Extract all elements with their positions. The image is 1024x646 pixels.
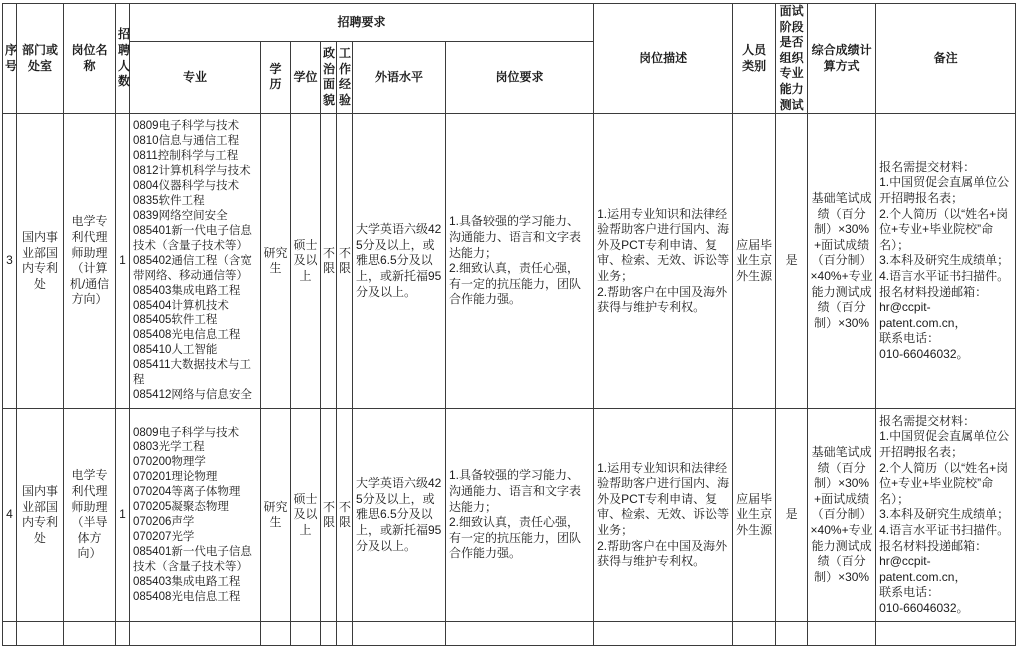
cell-remarks: 报名需提交材料： 1.中国贸促会直属单位公开招聘报名表； 2.个人简历（以“姓名… bbox=[876, 409, 1016, 622]
empty-cell bbox=[594, 622, 733, 628]
cell-job-requirements: 1.具备较强的学习能力、沟通能力、语言和文字表达能力； 2.细致认真，责任心强，… bbox=[446, 114, 594, 409]
col-header-job-requirements: 岗位要求 bbox=[446, 41, 594, 113]
cell-degree: 硕士及以上 bbox=[291, 409, 321, 622]
cell-degree: 硕士及以上 bbox=[291, 114, 321, 409]
header-row-group: 序号 部门或 处室 岗位名 称 招聘人数 招聘要求 岗位描述 人员 类别 面试阶… bbox=[3, 4, 1016, 42]
cell-category: 应届毕业生京外生源 bbox=[733, 114, 776, 409]
col-header-dept: 部门或 处室 bbox=[17, 4, 64, 114]
empty-cell bbox=[116, 622, 130, 628]
cell-education: 研究生 bbox=[261, 409, 291, 622]
col-header-education: 学 历 bbox=[261, 41, 291, 113]
cell-seq: 3 bbox=[3, 114, 17, 409]
empty-cell bbox=[733, 622, 776, 628]
empty-cell bbox=[261, 622, 291, 628]
cell-job-description: 1.运用专业知识和法律经验帮助客户进行国内、海外及PCT专利申请、复审、检索、无… bbox=[594, 114, 733, 409]
cell-count: 1 bbox=[116, 114, 130, 409]
empty-cell bbox=[17, 622, 64, 628]
cell-score-method: 基础笔试成绩（百分制）×30%+面试成绩（百分制）×40%+专业能力测试成绩（百… bbox=[808, 114, 876, 409]
col-header-score-method: 综合成绩计 算方式 bbox=[808, 4, 876, 114]
empty-cell bbox=[353, 622, 446, 628]
cell-title: 电学专利代理师助理（计算机/通信方向） bbox=[64, 114, 116, 409]
cell-political: 不限 bbox=[321, 114, 337, 409]
col-header-ability-test: 面试阶段是否组织专业能力测试 bbox=[776, 4, 808, 114]
cell-job-requirements: 1.具备较强的学习能力、沟通能力、语言和文字表达能力； 2.细致认真，责任心强，… bbox=[446, 409, 594, 622]
partial-next-row bbox=[3, 622, 1016, 628]
empty-cell bbox=[64, 622, 116, 628]
col-header-remarks: 备注 bbox=[876, 4, 1016, 114]
col-header-job-description: 岗位描述 bbox=[594, 4, 733, 114]
cell-remarks: 报名需提交材料： 1.中国贸促会直属单位公开招聘报名表； 2.个人简历（以“姓名… bbox=[876, 114, 1016, 409]
cell-title: 电学专利代理师助理（半导体方向） bbox=[64, 409, 116, 622]
col-header-category: 人员 类别 bbox=[733, 4, 776, 114]
empty-cell bbox=[776, 622, 808, 628]
cell-education: 研究生 bbox=[261, 114, 291, 409]
col-header-requirements-group: 招聘要求 bbox=[130, 4, 594, 42]
col-header-title: 岗位名 称 bbox=[64, 4, 116, 114]
col-header-experience: 工作经验 bbox=[337, 41, 353, 113]
cell-category: 应届毕业生京外生源 bbox=[733, 409, 776, 622]
recruitment-table: 序号 部门或 处室 岗位名 称 招聘人数 招聘要求 岗位描述 人员 类别 面试阶… bbox=[2, 3, 1016, 628]
cell-political: 不限 bbox=[321, 409, 337, 622]
empty-cell bbox=[3, 622, 17, 628]
job-row: 3 国内事业部国内专利处 电学专利代理师助理（计算机/通信方向） 1 0809电… bbox=[3, 114, 1016, 409]
cell-language: 大学英语六级425分及以上，或雅思6.5分及以上，或新托福95分及以上。 bbox=[353, 114, 446, 409]
cell-major: 0809电子科学与技术 0810信息与通信工程 0811控制科学与工程 0812… bbox=[130, 114, 261, 409]
empty-cell bbox=[130, 622, 261, 628]
col-header-count: 招聘人数 bbox=[116, 4, 130, 114]
cell-dept: 国内事业部国内专利处 bbox=[17, 114, 64, 409]
col-header-political: 政治面貌 bbox=[321, 41, 337, 113]
cell-major: 0809电子科学与技术 0803光学工程 070200物理学 070201理论物… bbox=[130, 409, 261, 622]
col-header-seq: 序号 bbox=[3, 4, 17, 114]
cell-experience: 不限 bbox=[337, 409, 353, 622]
cell-count: 1 bbox=[116, 409, 130, 622]
empty-cell bbox=[808, 622, 876, 628]
col-header-degree: 学位 bbox=[291, 41, 321, 113]
empty-cell bbox=[876, 622, 1016, 628]
cell-language: 大学英语六级425分及以上，或雅思6.5分及以上，或新托福95分及以上。 bbox=[353, 409, 446, 622]
col-header-language: 外语水平 bbox=[353, 41, 446, 113]
cell-job-description: 1.运用专业知识和法律经验帮助客户进行国内、海外及PCT专利申请、复审、检索、无… bbox=[594, 409, 733, 622]
cell-score-method: 基础笔试成绩（百分制）×30%+面试成绩（百分制）×40%+专业能力测试成绩（百… bbox=[808, 409, 876, 622]
empty-cell bbox=[291, 622, 321, 628]
cell-ability-test: 是 bbox=[776, 409, 808, 622]
empty-cell bbox=[446, 622, 594, 628]
cell-ability-test: 是 bbox=[776, 114, 808, 409]
empty-cell bbox=[337, 622, 353, 628]
col-header-major: 专业 bbox=[130, 41, 261, 113]
cell-seq: 4 bbox=[3, 409, 17, 622]
cell-experience: 不限 bbox=[337, 114, 353, 409]
job-row: 4 国内事业部国内专利处 电学专利代理师助理（半导体方向） 1 0809电子科学… bbox=[3, 409, 1016, 622]
empty-cell bbox=[321, 622, 337, 628]
cell-dept: 国内事业部国内专利处 bbox=[17, 409, 64, 622]
